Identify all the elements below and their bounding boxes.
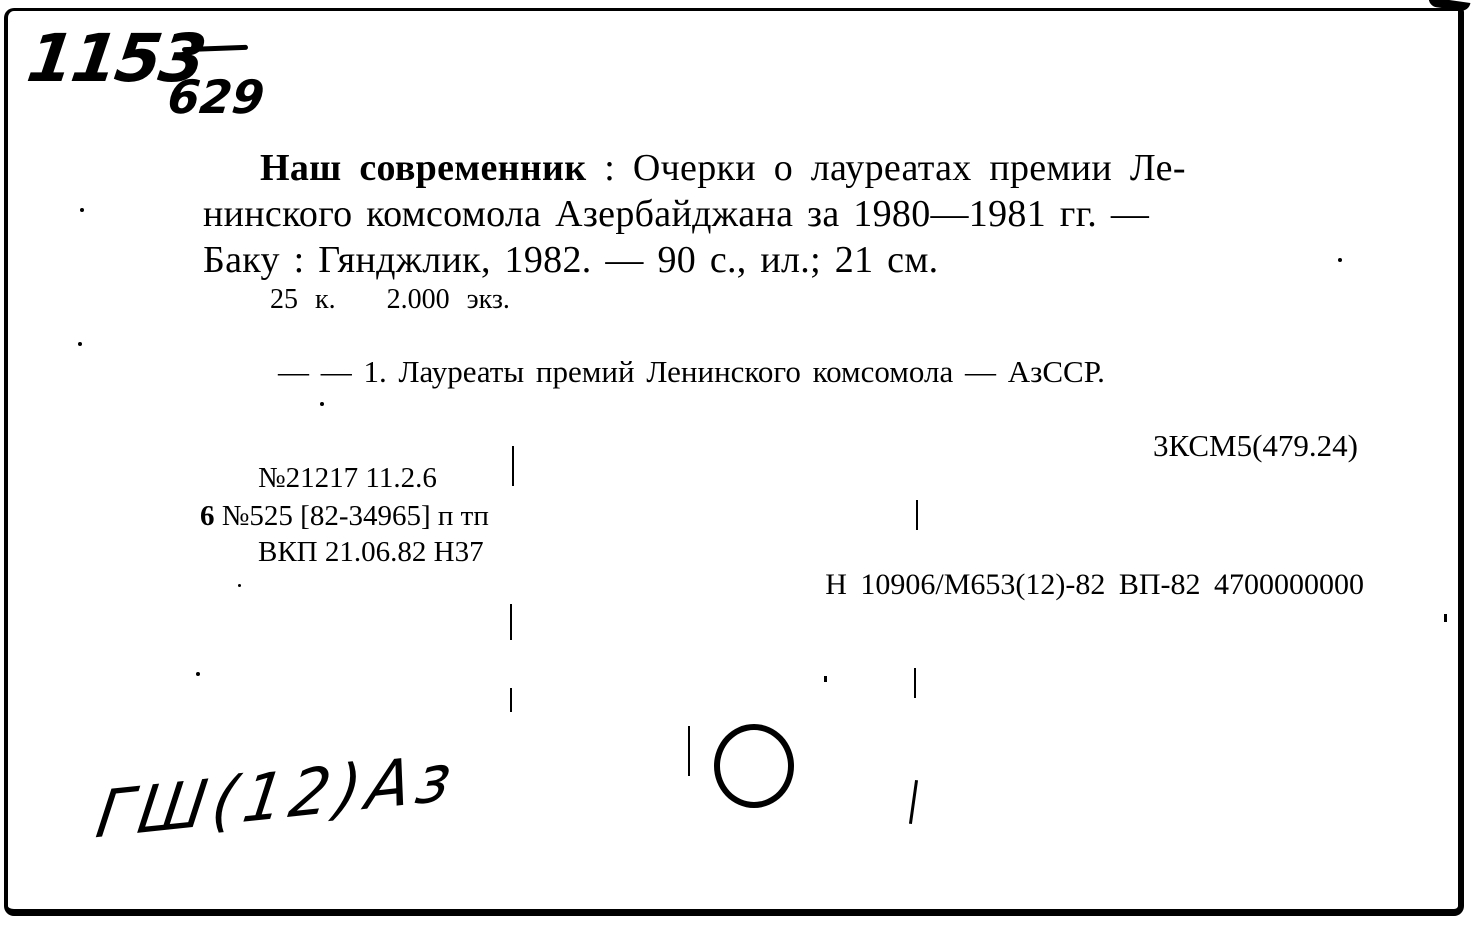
tech-line-2-prefix: 6 bbox=[200, 500, 215, 532]
scan-speck bbox=[196, 672, 200, 676]
scan-speck bbox=[1444, 614, 1447, 622]
tech-line-3: ВКП 21.06.82 Н37 bbox=[258, 536, 484, 569]
subject-heading: — — 1. Лауреаты премий Ленинского комсом… bbox=[278, 354, 1105, 390]
scan-speck bbox=[80, 208, 84, 212]
scan-line-mark bbox=[914, 668, 916, 698]
scan-line-mark bbox=[688, 726, 690, 776]
scan-speck bbox=[320, 402, 324, 406]
publication-line: Баку : Гянджлик, 1982. — 90 с., ил.; 21 … bbox=[203, 238, 938, 282]
tech-line-2-body: №525 [82-34965] п тп bbox=[222, 500, 489, 532]
scan-speck bbox=[78, 342, 82, 346]
title-line: Наш современник : Очерки о лауреатах пре… bbox=[260, 146, 1186, 190]
shelf-mark-sub-handwritten: 629 bbox=[165, 70, 267, 124]
card-punch-hole bbox=[714, 724, 794, 808]
scan-line-mark bbox=[916, 500, 918, 530]
description-line-2: нинского комсомола Азербайджана за 1980—… bbox=[203, 192, 1149, 236]
card-top-gap bbox=[560, 0, 1460, 8]
scan-line-mark bbox=[510, 604, 512, 640]
classification-code: 3КСМ5(479.24) bbox=[1153, 428, 1358, 464]
tech-line-1: №21217 11.2.6 bbox=[258, 462, 437, 495]
scan-line-mark bbox=[512, 446, 514, 486]
imprint-code: Н 10906/М653(12)-82 ВП-82 4700000000 bbox=[825, 568, 1364, 602]
scan-speck bbox=[238, 584, 241, 587]
copies: 2.000 экз. bbox=[387, 284, 510, 315]
price: 25 к. bbox=[270, 284, 336, 315]
price-copies-line: 25 к. 2.000 экз. bbox=[270, 284, 510, 316]
scan-speck bbox=[1338, 258, 1342, 262]
title-bold: Наш современник bbox=[260, 147, 586, 189]
scan-line-mark bbox=[510, 688, 512, 712]
tech-line-2: 6 №525 [82-34965] п тп bbox=[200, 500, 489, 533]
title-rest: : Очерки о лауреатах премии Ле- bbox=[586, 147, 1185, 189]
scan-speck bbox=[824, 676, 827, 682]
